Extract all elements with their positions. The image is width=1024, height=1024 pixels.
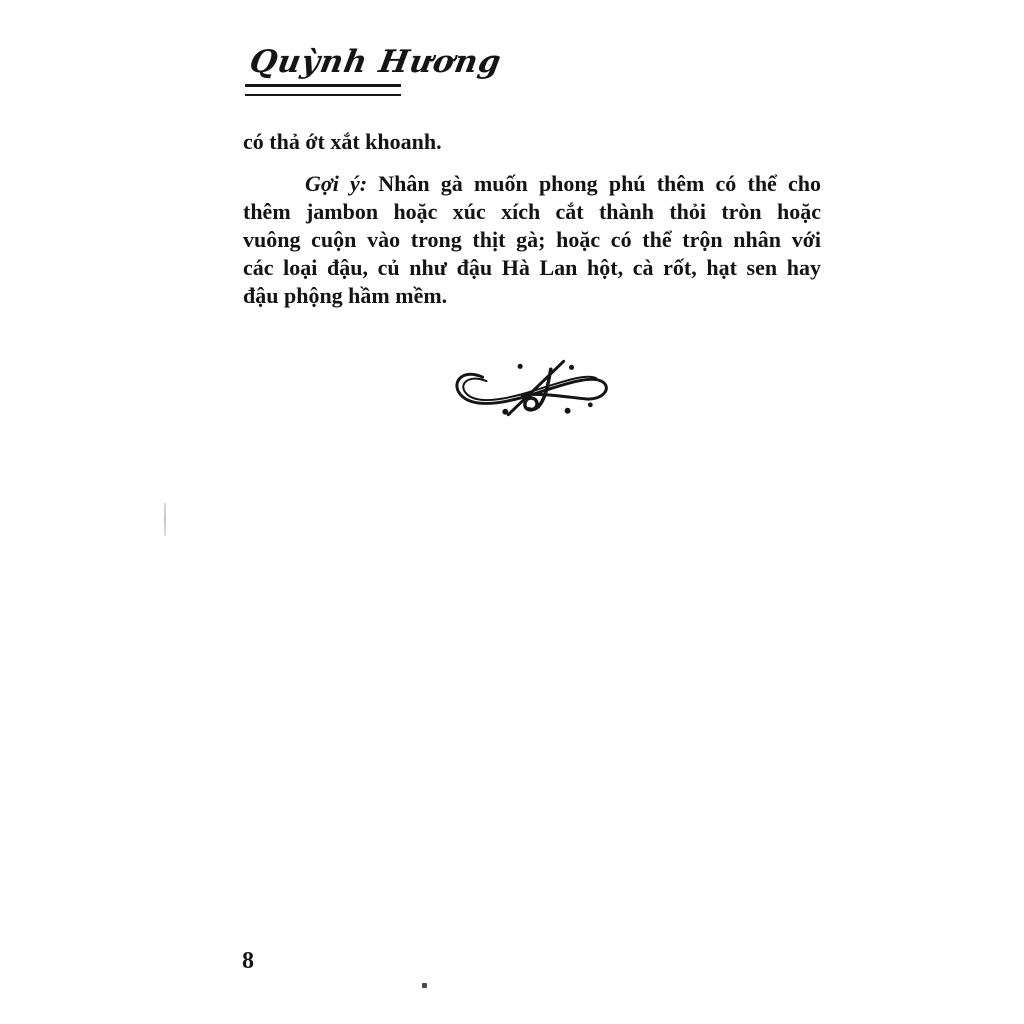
tip-line-rest: Nhân gà muốn phong phú thêm có thể cho — [367, 171, 821, 196]
scan-artifact-line — [164, 503, 166, 536]
page-number: 8 — [242, 948, 254, 975]
running-head-double-rule — [245, 84, 401, 96]
tip-paragraph-line-1: Gợi ý: Nhân gà muốn phong phú thêm có th… — [243, 170, 821, 198]
body-line-1: có thả ớt xắt khoanh. — [243, 128, 821, 156]
tip-paragraph-line-4: các loại đậu, củ như đậu Hà Lan hột, cà … — [243, 254, 821, 282]
scan-artifact-speck — [422, 983, 427, 988]
scanned-book-page: Quỳnh Hương có thả ớt xắt khoanh. Gợi ý:… — [0, 0, 1024, 1024]
body-text-block: có thả ớt xắt khoanh. Gợi ý: Nhân gà muố… — [243, 128, 821, 310]
running-head-author-signature: Quỳnh Hương — [247, 44, 505, 80]
tip-label: Gợi ý: — [305, 171, 367, 196]
calligraphic-flourish-ornament — [449, 353, 617, 427]
tip-paragraph-line-2: thêm jambon hoặc xúc xích cắt thành thỏi… — [243, 198, 821, 226]
tip-paragraph-line-5: đậu phộng hầm mềm. — [243, 282, 821, 310]
tip-paragraph-line-3: vuông cuộn vào trong thịt gà; hoặc có th… — [243, 226, 821, 254]
